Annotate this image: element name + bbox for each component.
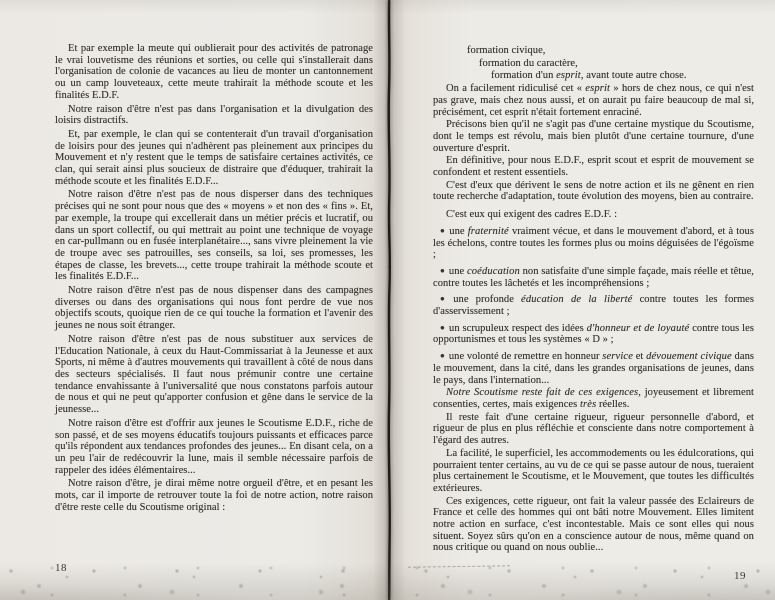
page-left: Et par exemple la meute qui oublierait p… xyxy=(0,0,388,600)
bullet-dot-icon: ● xyxy=(440,266,449,275)
para-meute: Et par exemple la meute qui oublierait p… xyxy=(55,43,373,102)
para-techniques: Notre raison d'être n'est pas de nous di… xyxy=(55,189,373,283)
bullet-coeducation: ●une coéducation non satisfaite d'une si… xyxy=(433,265,754,289)
para-rigueur: Il reste fait d'une certaine rigueur, ri… xyxy=(433,412,754,447)
book-scan: Et par exemple la meute qui oublierait p… xyxy=(0,0,775,600)
para-precisons: Précisons bien qu'il ne s'agit pas d'une… xyxy=(433,119,754,154)
para-offrir: Notre raison d'être est d'offrir aux jeu… xyxy=(55,418,373,477)
page-right: formation civique, formation du caractèr… xyxy=(392,0,775,600)
para-facilite: La facilité, le superficiel, les accommo… xyxy=(433,448,754,495)
cadres-heading: C'est eux qui exigent des cadres E.D.F. … xyxy=(433,209,754,221)
intro-line-caractere: formation du caractère, xyxy=(433,58,754,70)
para-orgueil: Notre raison d'être, je dirai même notre… xyxy=(55,478,373,513)
page-number-right: 19 xyxy=(734,570,746,582)
para-definitive: En définitive, pour nous E.D.F., esprit … xyxy=(433,155,754,178)
para-divulgation: Notre raison d'être n'est pas dans l'org… xyxy=(55,104,373,127)
intro-line-civique: formation civique, xyxy=(433,45,754,57)
para-notre-scoutisme: Notre Scoutisme reste fait de ces exigen… xyxy=(433,387,754,410)
para-clan: Et, par exemple, le clan qui se contente… xyxy=(55,129,373,188)
bullet-dot-icon: ● xyxy=(440,351,449,360)
para-ridiculise: On a facilement ridiculisé cet « esprit … xyxy=(433,83,754,118)
para-derivent: C'est d'eux que dérivent le sens de notr… xyxy=(433,180,754,203)
bullet-honneur: ●un scrupuleux respect des idées d'honne… xyxy=(433,322,754,346)
bullet-dot-icon: ● xyxy=(440,323,449,332)
bullet-dot-icon: ● xyxy=(440,226,449,235)
bullet-liberte: ●une profonde éducation de la liberté co… xyxy=(433,293,754,317)
page-number-left: 18 xyxy=(55,562,67,574)
bullet-fraternite: ●une fraternité vraiment vécue, et dans … xyxy=(433,225,754,261)
intro-line-esprit: formation d'un esprit, avant toute autre… xyxy=(433,70,754,82)
bullet-service: ●une volonté de remettre en honneur serv… xyxy=(433,350,754,386)
para-exigences: Ces exigences, cette rigueur, ont fait l… xyxy=(433,496,754,555)
bullet-dot-icon: ● xyxy=(440,294,453,303)
para-substituer: Notre raison d'être n'est pas de nous su… xyxy=(55,334,373,416)
para-campagnes: Notre raison d'être n'est pas de nous di… xyxy=(55,285,373,332)
